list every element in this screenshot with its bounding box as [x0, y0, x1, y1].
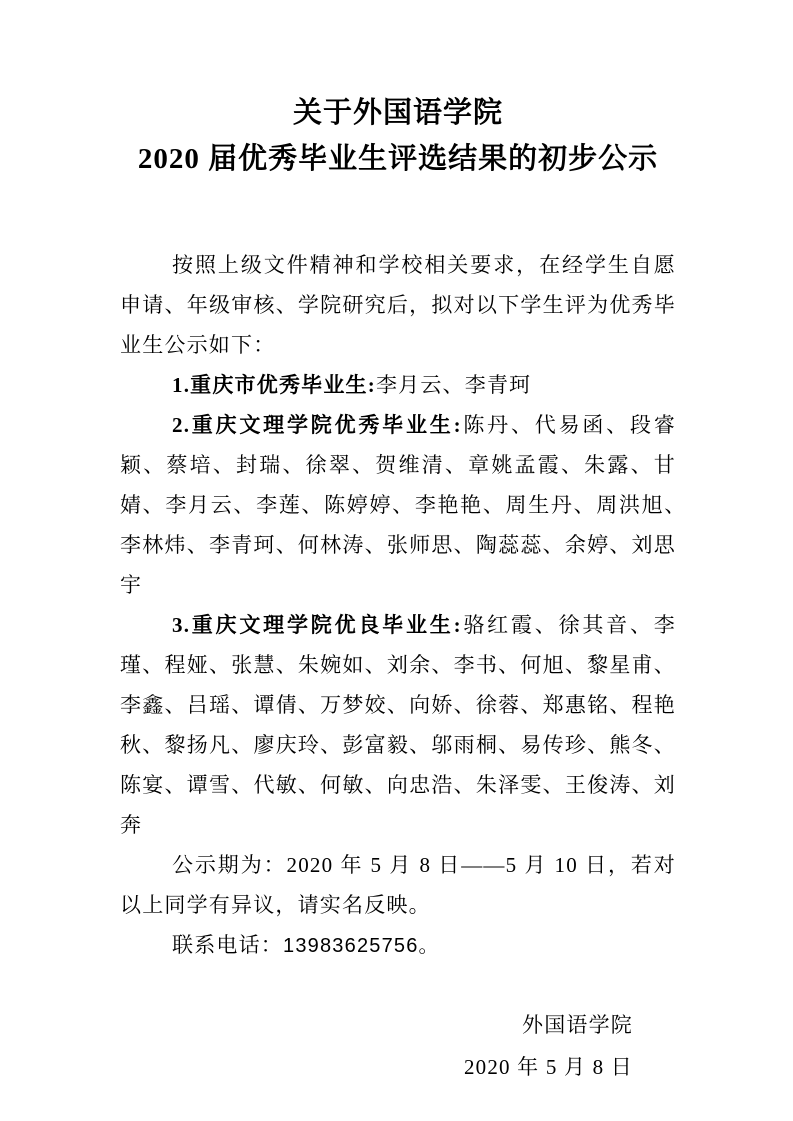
signature-date: 2020 年 5 月 8 日	[120, 1046, 633, 1088]
list-item-1-label: 1.重庆市优秀毕业生:	[172, 373, 376, 397]
signature-block: 外国语学院 2020 年 5 月 8 日	[120, 1004, 676, 1088]
list-item-2-label: 2.重庆文理学院优秀毕业生:	[172, 413, 462, 437]
contact-label: 联系电话：	[172, 933, 283, 957]
contact-phone-number: 13983625756。	[283, 935, 440, 957]
list-item-1: 1.重庆市优秀毕业生:李月云、李青珂	[120, 365, 676, 405]
list-item-3-label: 3.重庆文理学院优良毕业生:	[172, 613, 462, 637]
list-item-2-names: 陈丹、代易函、段睿颖、蔡培、封瑞、徐翠、贺维清、章姚孟霞、朱露、甘婧、李月云、李…	[120, 413, 698, 597]
list-item-3: 3.重庆文理学院优良毕业生:骆红霞、徐其音、李瑾、程娅、张慧、朱婉如、刘余、李书…	[120, 605, 676, 845]
document-page: 关于外国语学院 2020 届优秀毕业生评选结果的初步公示 按照上级文件精神和学校…	[0, 0, 793, 1121]
notice-period-paragraph: 公示期为：2020 年 5 月 8 日——5 月 10 日，若对以上同学有异议，…	[120, 845, 676, 925]
document-title-line-2: 2020 届优秀毕业生评选结果的初步公示	[120, 136, 676, 182]
signature-org: 外国语学院	[120, 1004, 633, 1046]
list-item-1-names: 李月云、李青珂	[376, 373, 531, 397]
contact-paragraph: 联系电话：13983625756。	[120, 925, 676, 966]
document-title-line-1: 关于外国语学院	[120, 90, 676, 136]
list-item-3-names: 骆红霞、徐其音、李瑾、程娅、张慧、朱婉如、刘余、李书、何旭、黎星甫、李鑫、吕瑶、…	[120, 613, 698, 837]
document-title: 关于外国语学院 2020 届优秀毕业生评选结果的初步公示	[120, 90, 676, 182]
list-item-2: 2.重庆文理学院优秀毕业生:陈丹、代易函、段睿颖、蔡培、封瑞、徐翠、贺维清、章姚…	[120, 405, 676, 605]
intro-paragraph: 按照上级文件精神和学校相关要求，在经学生自愿申请、年级审核、学院研究后，拟对以下…	[120, 245, 676, 365]
